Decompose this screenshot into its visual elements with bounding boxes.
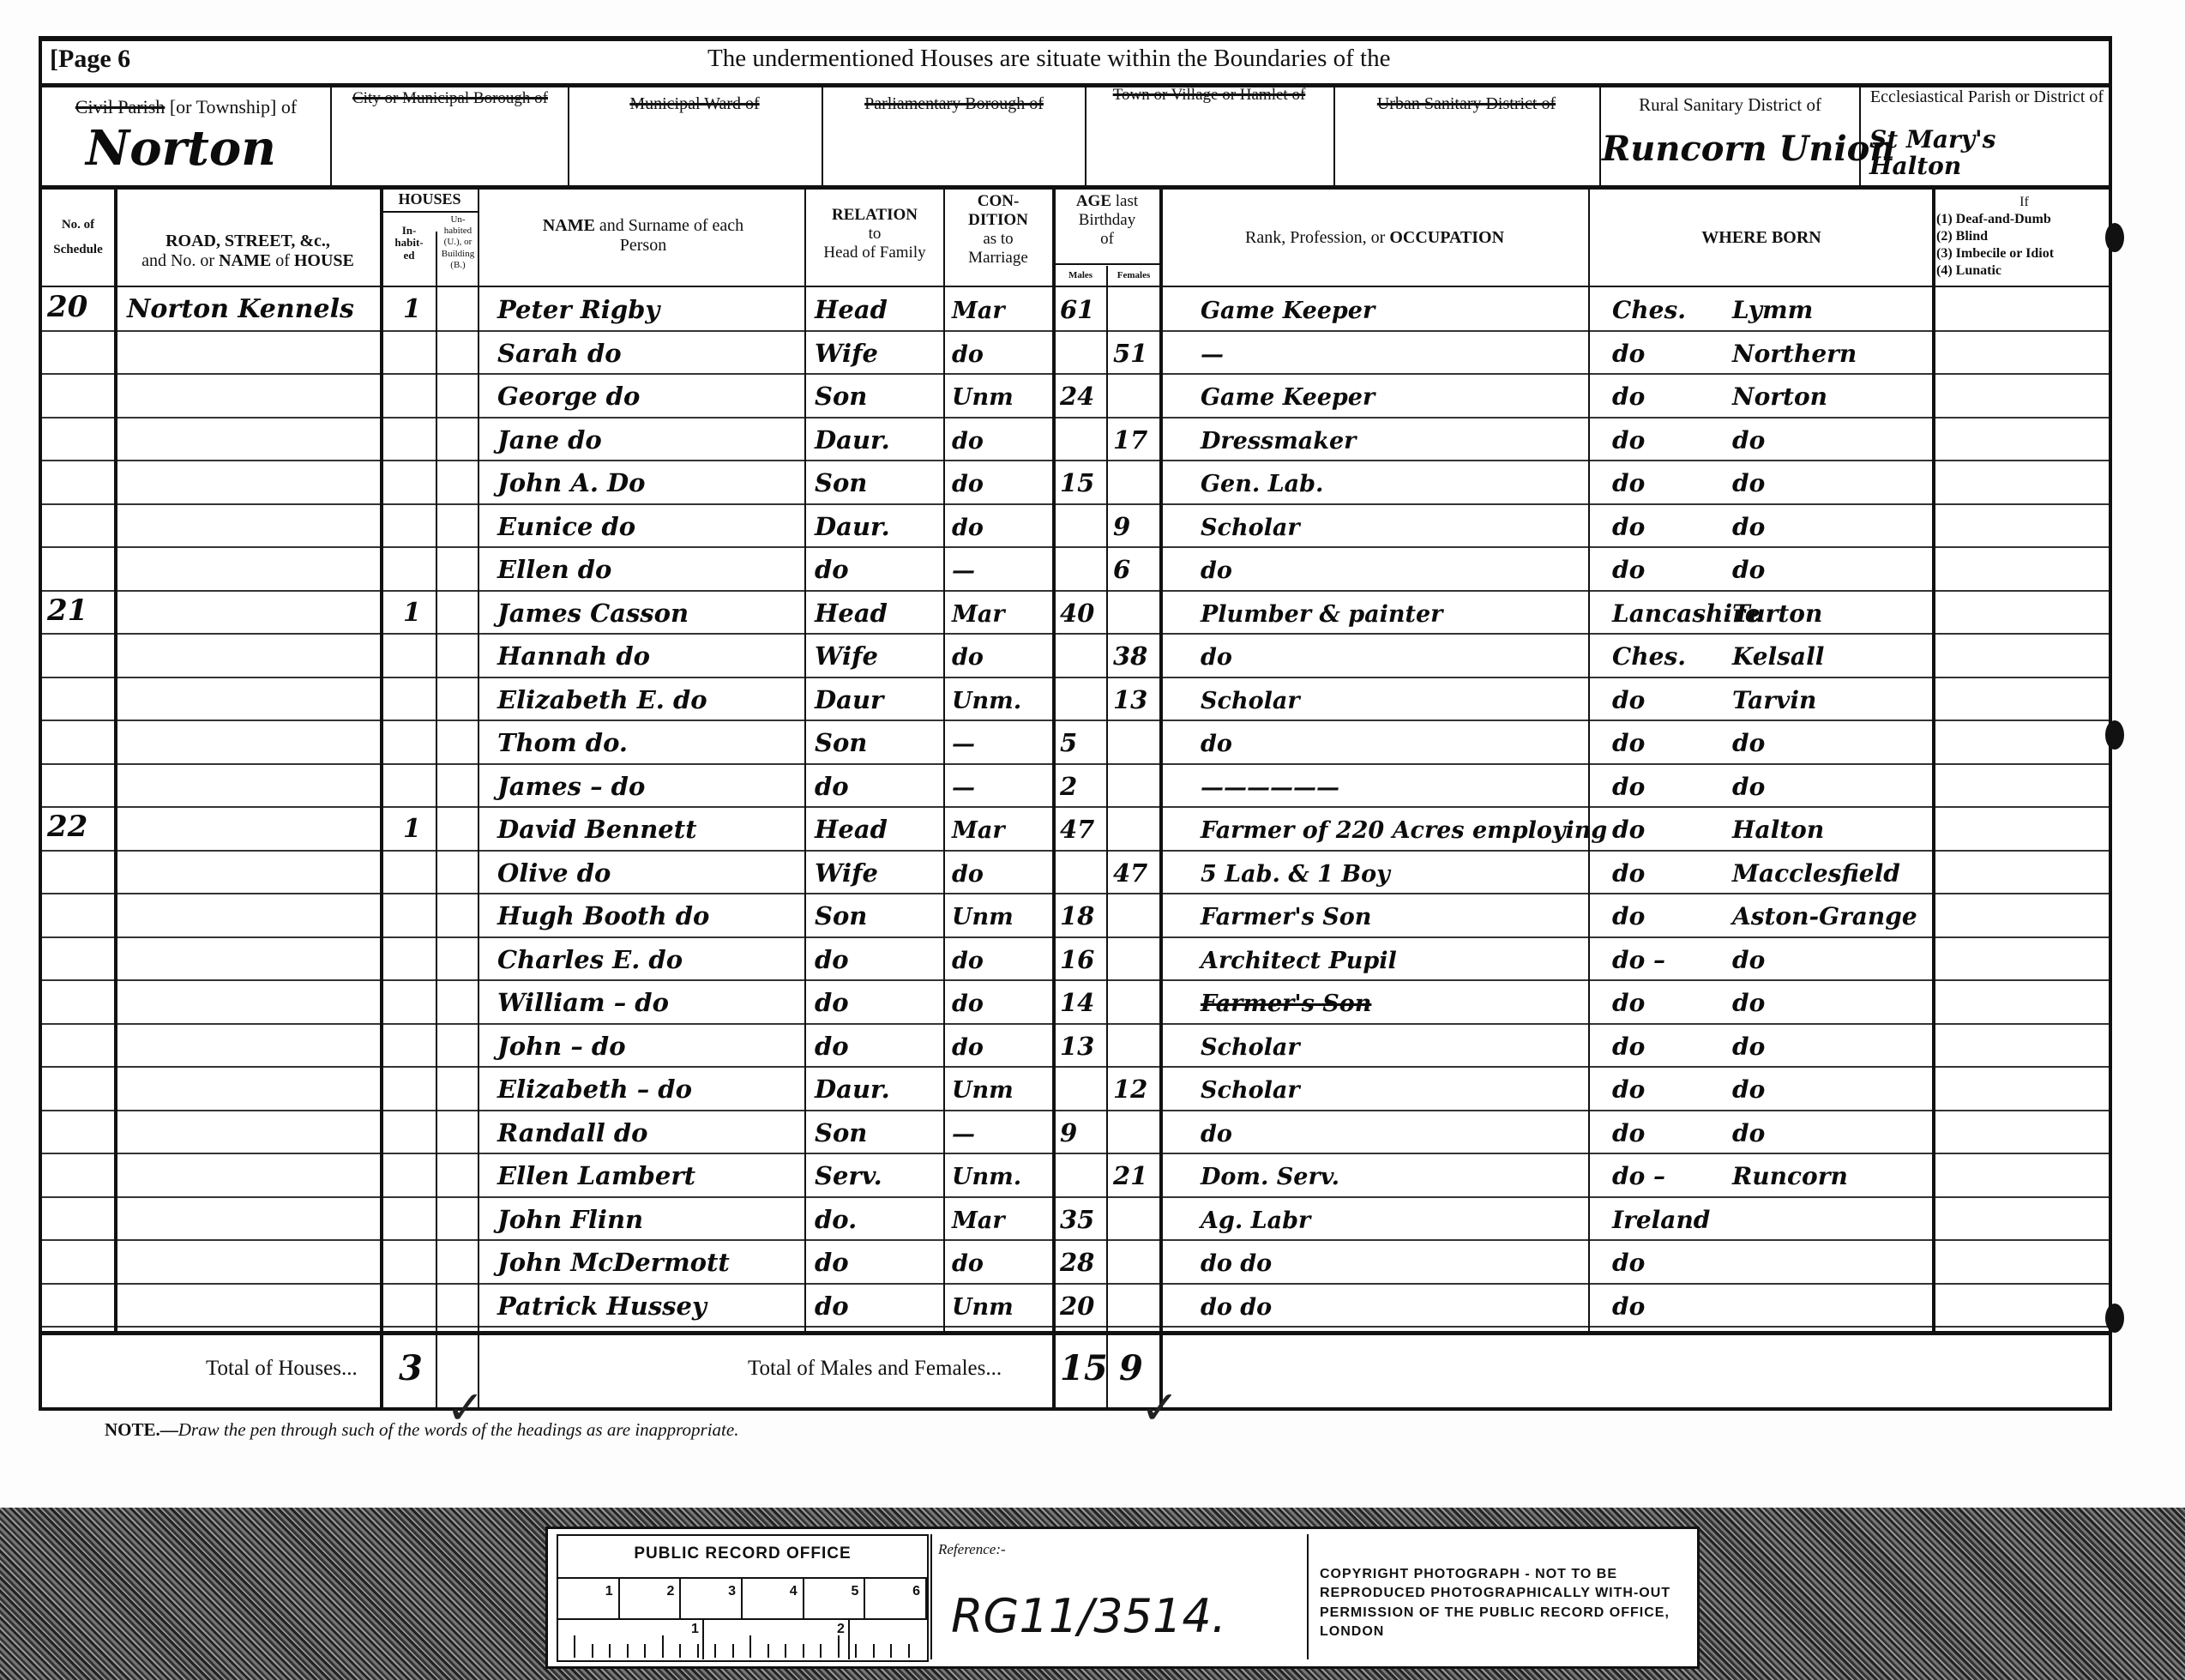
cell-road <box>127 635 376 676</box>
reference-value: RG11/3514. <box>951 1589 1226 1643</box>
table-row: 211James CassonHeadMar40Plumber & painte… <box>0 592 2185 635</box>
cell-born-place: do <box>1732 548 1929 589</box>
cell-occupation: do do <box>1201 1285 1586 1326</box>
cell-inhabited <box>403 1068 433 1109</box>
place-value-ecclesiastical: St Mary's Halton <box>1869 127 1998 180</box>
cell-relation: Head <box>815 592 939 633</box>
cell-occupation: Scholar <box>1201 1025 1586 1066</box>
cell-born-county: do <box>1612 461 1741 503</box>
cell-relation: Wife <box>815 852 939 893</box>
cell-born-place <box>1732 1241 1929 1282</box>
cell-name: Elizabeth – do <box>497 1068 802 1109</box>
cell-born-place: Halton <box>1732 808 1929 849</box>
cell-inhabited <box>403 1241 433 1282</box>
cell-female-age <box>1113 808 1158 849</box>
cell-female-age <box>1113 1241 1158 1282</box>
header-inhabited: In-habit-ed <box>382 225 436 262</box>
header-where-born: WHERE BORN <box>1593 228 1929 248</box>
cell-schedule <box>47 1198 111 1239</box>
cell-relation: Daur <box>815 678 939 720</box>
cell-condition: Mar <box>952 808 1050 849</box>
cell-born-place: do <box>1732 721 1929 762</box>
cell-born-place: Turton <box>1732 592 1929 633</box>
cell-road <box>127 808 376 849</box>
cell-occupation: do <box>1201 721 1586 762</box>
cell-road <box>127 1285 376 1326</box>
cell-road <box>127 1025 376 1066</box>
header-schedule: No. of Schedule <box>43 213 113 262</box>
cell-female-age <box>1113 721 1158 762</box>
cell-road <box>127 592 376 633</box>
cell-road <box>127 678 376 720</box>
cell-relation: Head <box>815 808 939 849</box>
cell-road <box>127 852 376 893</box>
table-row: Sarah doWifedo51—doNorthern <box>0 332 2185 376</box>
cell-condition: — <box>952 1111 1050 1153</box>
cell-occupation: 5 Lab. & 1 Boy <box>1201 852 1586 893</box>
cell-condition: Unm <box>952 375 1050 416</box>
cell-born-county: do <box>1612 678 1741 720</box>
cell-relation: Daur. <box>815 1068 939 1109</box>
cell-inhabited <box>403 375 433 416</box>
cell-relation: do <box>815 938 939 979</box>
header-houses: HOUSES <box>383 190 476 208</box>
total-houses-value: 3 <box>399 1348 423 1388</box>
cell-born-place: do <box>1732 418 1929 460</box>
cell-female-age <box>1113 1025 1158 1066</box>
cell-inhabited <box>403 678 433 720</box>
cell-inhabited: 1 <box>403 808 433 849</box>
cell-schedule <box>47 1111 111 1153</box>
cell-relation: Wife <box>815 332 939 373</box>
cell-condition: do <box>952 461 1050 503</box>
table-row: George doSonUnm24Game KeeperdoNorton <box>0 375 2185 418</box>
cell-condition: do <box>952 635 1050 676</box>
cell-male-age: 18 <box>1060 894 1105 936</box>
cell-inhabited <box>403 548 433 589</box>
cell-relation: Son <box>815 721 939 762</box>
cell-relation: do. <box>815 1198 939 1239</box>
cell-condition: Unm. <box>952 678 1050 720</box>
cell-relation: do <box>815 981 939 1022</box>
cell-schedule <box>47 1285 111 1326</box>
cell-name: Ellen Lambert <box>497 1154 802 1195</box>
cell-born-county: do <box>1612 1285 1741 1326</box>
place-label-urban-sanitary: Urban Sanitary District of <box>1338 94 1595 114</box>
cell-occupation: Architect Pupil <box>1201 938 1586 979</box>
table-row: Hugh Booth doSonUnm18Farmer's SondoAston… <box>0 894 2185 938</box>
cell-road <box>127 1111 376 1153</box>
cell-female-age: 38 <box>1113 635 1158 676</box>
cell-schedule <box>47 1154 111 1195</box>
cell-male-age <box>1060 418 1105 460</box>
cell-male-age: 13 <box>1060 1025 1105 1066</box>
binding-hole-icon <box>2105 1304 2124 1333</box>
cell-name: Peter Rigby <box>497 288 802 329</box>
cell-inhabited <box>403 894 433 936</box>
cell-condition: Unm <box>952 1068 1050 1109</box>
header-condition: CON-DITIONas toMarriage <box>945 192 1051 267</box>
cell-condition: — <box>952 548 1050 589</box>
cell-name: James – do <box>497 765 802 806</box>
table-row: John Flinndo.Mar35Ag. LabrIreland <box>0 1198 2185 1242</box>
cell-schedule: 22 <box>47 808 111 849</box>
cell-occupation: Scholar <box>1201 678 1586 720</box>
table-row: Eunice doDaur.do9Scholardodo <box>0 505 2185 549</box>
cell-born-county: do – <box>1612 938 1741 979</box>
cell-relation: do <box>815 1285 939 1326</box>
cell-born-county: do <box>1612 1068 1741 1109</box>
cell-male-age: 14 <box>1060 981 1105 1022</box>
cell-born-county: do <box>1612 1241 1741 1282</box>
cell-inhabited <box>403 852 433 893</box>
cell-relation: Son <box>815 461 939 503</box>
cell-born-place: Tarvin <box>1732 678 1929 720</box>
header-occupation: Rank, Profession, or OCCUPATION <box>1165 228 1585 248</box>
cell-female-age <box>1113 1285 1158 1326</box>
cell-female-age <box>1113 592 1158 633</box>
cell-male-age: 5 <box>1060 721 1105 762</box>
cell-schedule <box>47 981 111 1022</box>
cell-born-county: Ireland <box>1612 1198 1741 1239</box>
scale-mark: 5 <box>804 1579 866 1618</box>
cell-occupation: Dressmaker <box>1201 418 1586 460</box>
cell-road <box>127 938 376 979</box>
cell-name: Thom do. <box>497 721 802 762</box>
cell-born-county: do <box>1612 418 1741 460</box>
table-row: William – dododo14Farmer's Sondodo <box>0 981 2185 1025</box>
cell-relation: Son <box>815 375 939 416</box>
cell-relation: do <box>815 765 939 806</box>
table-row: Olive doWifedo475 Lab. & 1 BoydoMacclesf… <box>0 852 2185 895</box>
cell-born-county: do <box>1612 721 1741 762</box>
place-value-civil-parish: Norton <box>86 120 276 177</box>
cell-born-county: do <box>1612 808 1741 849</box>
cell-occupation: —————— <box>1201 765 1586 806</box>
copyright-notice: COPYRIGHT PHOTOGRAPH - NOT TO BE REPRODU… <box>1320 1565 1680 1642</box>
cell-female-age: 6 <box>1113 548 1158 589</box>
cell-born-place: do <box>1732 461 1929 503</box>
cell-inhabited <box>403 1111 433 1153</box>
cell-schedule <box>47 721 111 762</box>
cell-male-age <box>1060 1068 1105 1109</box>
cell-male-age <box>1060 635 1105 676</box>
cell-born-county: do <box>1612 765 1741 806</box>
cell-schedule <box>47 765 111 806</box>
cell-name: John A. Do <box>497 461 802 503</box>
cell-schedule <box>47 852 111 893</box>
cell-born-county: Ches. <box>1612 288 1741 329</box>
cell-schedule <box>47 678 111 720</box>
cell-name: David Bennett <box>497 808 802 849</box>
header-age: AGE lastBirthdayof <box>1056 192 1158 249</box>
table-row: Jane doDaur.do17Dressmakerdodo <box>0 418 2185 462</box>
cell-male-age <box>1060 678 1105 720</box>
cell-occupation: Scholar <box>1201 505 1586 546</box>
scale-mark: 1 <box>691 1622 699 1637</box>
cell-occupation: Farmer's Son <box>1201 981 1586 1022</box>
table-row: 20Norton Kennels1Peter RigbyHeadMar61Gam… <box>0 288 2185 332</box>
header-uninhabited: Un-habited(U.), orBuilding(B.) <box>437 214 479 271</box>
cell-name: Hannah do <box>497 635 802 676</box>
cell-female-age: 9 <box>1113 505 1158 546</box>
header-males: Males <box>1056 270 1105 281</box>
cell-born-place: do <box>1732 765 1929 806</box>
cell-name: John McDermott <box>497 1241 802 1282</box>
cell-female-age <box>1113 938 1158 979</box>
cell-male-age: 16 <box>1060 938 1105 979</box>
cell-male-age: 35 <box>1060 1198 1105 1239</box>
table-row: 221David BennettHeadMar47Farmer of 220 A… <box>0 808 2185 852</box>
cell-born-place: Kelsall <box>1732 635 1929 676</box>
cell-born-county: Ches. <box>1612 635 1741 676</box>
cell-inhabited <box>403 461 433 503</box>
cell-name: Eunice do <box>497 505 802 546</box>
cell-road <box>127 981 376 1022</box>
cell-condition: Unm <box>952 894 1050 936</box>
table-row: John A. DoSondo15Gen. Lab.dodo <box>0 461 2185 505</box>
cell-born-place <box>1732 1198 1929 1239</box>
table-row: James – dodo—2——————dodo <box>0 765 2185 809</box>
scale-mark: 1 <box>558 1579 620 1618</box>
cell-road <box>127 461 376 503</box>
cell-male-age: 47 <box>1060 808 1105 849</box>
cell-male-age: 40 <box>1060 592 1105 633</box>
cell-road <box>127 418 376 460</box>
cell-condition: do <box>952 418 1050 460</box>
cell-schedule <box>47 548 111 589</box>
footnote: NOTE.—Draw the pen through such of the w… <box>105 1419 738 1441</box>
cell-relation: do <box>815 1025 939 1066</box>
cell-condition: Mar <box>952 1198 1050 1239</box>
page-label: [Page 6 <box>50 45 130 74</box>
header-females: Females <box>1108 270 1159 281</box>
cell-name: William – do <box>497 981 802 1022</box>
cell-female-age <box>1113 1111 1158 1153</box>
table-row: John – dododo13Scholardodo <box>0 1025 2185 1069</box>
scale-mark: 4 <box>743 1579 804 1618</box>
cell-schedule: 20 <box>47 288 111 329</box>
cell-male-age: 15 <box>1060 461 1105 503</box>
cell-name: Sarah do <box>497 332 802 373</box>
cell-female-age <box>1113 375 1158 416</box>
cell-male-age: 9 <box>1060 1111 1105 1153</box>
cell-born-place: do <box>1732 1111 1929 1153</box>
cell-condition: — <box>952 721 1050 762</box>
cell-female-age: 12 <box>1113 1068 1158 1109</box>
cell-schedule <box>47 1068 111 1109</box>
cell-female-age <box>1113 894 1158 936</box>
cell-male-age <box>1060 1154 1105 1195</box>
cell-name: James Casson <box>497 592 802 633</box>
cell-born-place: Aston-Grange <box>1732 894 1929 936</box>
cell-born-place: Lymm <box>1732 288 1929 329</box>
cell-male-age <box>1060 548 1105 589</box>
table-row: Elizabeth E. doDaurUnm.13ScholardoTarvin <box>0 678 2185 722</box>
cell-male-age: 28 <box>1060 1241 1105 1282</box>
tick-mark-icon: ✓ <box>1141 1381 1179 1435</box>
cell-name: Jane do <box>497 418 802 460</box>
cell-schedule <box>47 505 111 546</box>
table-row: Ellen dodo—6dododo <box>0 548 2185 592</box>
cell-born-place: do <box>1732 981 1929 1022</box>
cell-occupation: Scholar <box>1201 1068 1586 1109</box>
cell-road <box>127 375 376 416</box>
cell-inhabited <box>403 765 433 806</box>
cell-name: Randall do <box>497 1111 802 1153</box>
cell-condition: do <box>952 981 1050 1022</box>
cell-road <box>127 721 376 762</box>
cell-born-county: do <box>1612 375 1741 416</box>
cell-inhabited <box>403 635 433 676</box>
cell-female-age: 13 <box>1113 678 1158 720</box>
cell-name: George do <box>497 375 802 416</box>
cell-born-county: do <box>1612 1025 1741 1066</box>
total-males-value: 15 <box>1060 1348 1108 1388</box>
page-title: The undermentioned Houses are situate wi… <box>707 45 1390 73</box>
cell-occupation: do do <box>1201 1241 1586 1282</box>
cell-inhabited <box>403 938 433 979</box>
cell-condition: Mar <box>952 288 1050 329</box>
cell-relation: Daur. <box>815 418 939 460</box>
cell-born-place: Norton <box>1732 375 1929 416</box>
cell-relation: Serv. <box>815 1154 939 1195</box>
cell-occupation: Game Keeper <box>1201 288 1586 329</box>
cell-road <box>127 1241 376 1282</box>
cell-schedule: 21 <box>47 592 111 633</box>
cell-relation: Wife <box>815 635 939 676</box>
total-houses-label: Total of Houses... <box>206 1357 358 1381</box>
header-name: NAME and Surname of eachPerson <box>485 216 802 256</box>
cell-born-county: do <box>1612 548 1741 589</box>
cell-female-age: 21 <box>1113 1154 1158 1195</box>
cell-occupation: do <box>1201 1111 1586 1153</box>
cell-inhabited <box>403 332 433 373</box>
table-row: Elizabeth – doDaur.Unm12Scholardodo <box>0 1068 2185 1111</box>
cell-schedule <box>47 418 111 460</box>
reference-label: Reference:- <box>938 1541 1006 1558</box>
scale-bottom: 12 <box>558 1620 927 1659</box>
cell-relation: do <box>815 1241 939 1282</box>
place-label-municipal-ward: Municipal Ward of <box>575 94 815 114</box>
cell-occupation: do <box>1201 548 1586 589</box>
cell-male-age <box>1060 332 1105 373</box>
cell-name: Patrick Hussey <box>497 1285 802 1326</box>
cell-condition: do <box>952 938 1050 979</box>
cell-condition: Unm <box>952 1285 1050 1326</box>
place-label-town-village-hamlet: Town or Village or Hamlet of <box>1089 86 1329 105</box>
cell-road: Norton Kennels <box>127 288 376 329</box>
place-value-rural-sanitary: Runcorn Union <box>1602 129 1894 169</box>
cell-inhabited <box>403 1285 433 1326</box>
header-road: ROAD, STREET, &c.,and No. or NAME of HOU… <box>118 232 377 271</box>
cell-schedule <box>47 375 111 416</box>
cell-male-age <box>1060 852 1105 893</box>
cell-born-place: do <box>1732 1025 1929 1066</box>
cell-road <box>127 1154 376 1195</box>
table-row: Hannah doWifedo38doChes.Kelsall <box>0 635 2185 678</box>
cell-road <box>127 1198 376 1239</box>
cell-occupation: do <box>1201 635 1586 676</box>
binding-hole-icon <box>2105 223 2124 252</box>
cell-road <box>127 505 376 546</box>
cell-born-county: do <box>1612 332 1741 373</box>
cell-schedule <box>47 894 111 936</box>
cell-occupation: Gen. Lab. <box>1201 461 1586 503</box>
cell-condition: Unm. <box>952 1154 1050 1195</box>
cell-occupation: — <box>1201 332 1586 373</box>
cell-condition: do <box>952 332 1050 373</box>
total-persons-label: Total of Males and Females... <box>748 1357 1002 1381</box>
place-label-ecclesiastical: Ecclesiastical Parish or District of <box>1863 87 2111 107</box>
cell-condition: do <box>952 852 1050 893</box>
cell-occupation: Ag. Labr <box>1201 1198 1586 1239</box>
cell-born-place <box>1732 1285 1929 1326</box>
cell-road <box>127 1068 376 1109</box>
cell-female-age <box>1113 981 1158 1022</box>
cell-relation: do <box>815 548 939 589</box>
cell-born-county: do <box>1612 505 1741 546</box>
cell-born-county: do <box>1612 852 1741 893</box>
cell-female-age <box>1113 765 1158 806</box>
scale-mark: 2 <box>620 1579 682 1618</box>
table-row: Ellen LambertServ.Unm.21Dom. Serv.do –Ru… <box>0 1154 2185 1198</box>
cell-name: John – do <box>497 1025 802 1066</box>
cell-inhabited <box>403 505 433 546</box>
cell-relation: Head <box>815 288 939 329</box>
header-infirmity: If(1) Deaf-and-Dumb(2) Blind(3) Imbecile… <box>1936 194 2112 280</box>
place-label-municipal-borough: City or Municipal Borough of <box>339 89 562 108</box>
cell-occupation: Plumber & painter <box>1201 592 1586 633</box>
cell-inhabited <box>403 418 433 460</box>
cell-road <box>127 894 376 936</box>
cell-inhabited: 1 <box>403 592 433 633</box>
table-row: Thom do.Son—5dododo <box>0 721 2185 765</box>
cell-born-county: do <box>1612 1111 1741 1153</box>
place-label-civil-parish: Civil Parish [or Township] of <box>45 96 328 117</box>
cell-inhabited <box>403 1198 433 1239</box>
cell-name: Charles E. do <box>497 938 802 979</box>
cell-male-age: 2 <box>1060 765 1105 806</box>
cell-born-place: do <box>1732 938 1929 979</box>
cell-inhabited <box>403 721 433 762</box>
total-females-value: 9 <box>1119 1348 1143 1388</box>
cell-name: Hugh Booth do <box>497 894 802 936</box>
cell-name: John Flinn <box>497 1198 802 1239</box>
cell-female-age: 51 <box>1113 332 1158 373</box>
cell-schedule <box>47 635 111 676</box>
cell-condition: Mar <box>952 592 1050 633</box>
cell-schedule <box>47 332 111 373</box>
header-relation: RELATIONtoHead of Family <box>806 206 943 262</box>
place-label-parliamentary-borough: Parliamentary Borough of <box>828 94 1080 114</box>
cell-inhabited <box>403 981 433 1022</box>
cell-male-age: 20 <box>1060 1285 1105 1326</box>
table-row: Charles E. dododo16Architect Pupildo –do <box>0 938 2185 982</box>
scale-mark: 6 <box>865 1579 927 1618</box>
cell-born-county: do <box>1612 894 1741 936</box>
cell-male-age <box>1060 505 1105 546</box>
cell-female-age: 17 <box>1113 418 1158 460</box>
cell-relation: Daur. <box>815 505 939 546</box>
cell-inhabited <box>403 1154 433 1195</box>
scale-mark: 2 <box>837 1622 845 1637</box>
table-row: John McDermottdodo28do dodo <box>0 1241 2185 1285</box>
cell-born-county: do – <box>1612 1154 1741 1195</box>
cell-born-place: Runcorn <box>1732 1154 1929 1195</box>
cell-born-place: Macclesfield <box>1732 852 1929 893</box>
cell-road <box>127 765 376 806</box>
